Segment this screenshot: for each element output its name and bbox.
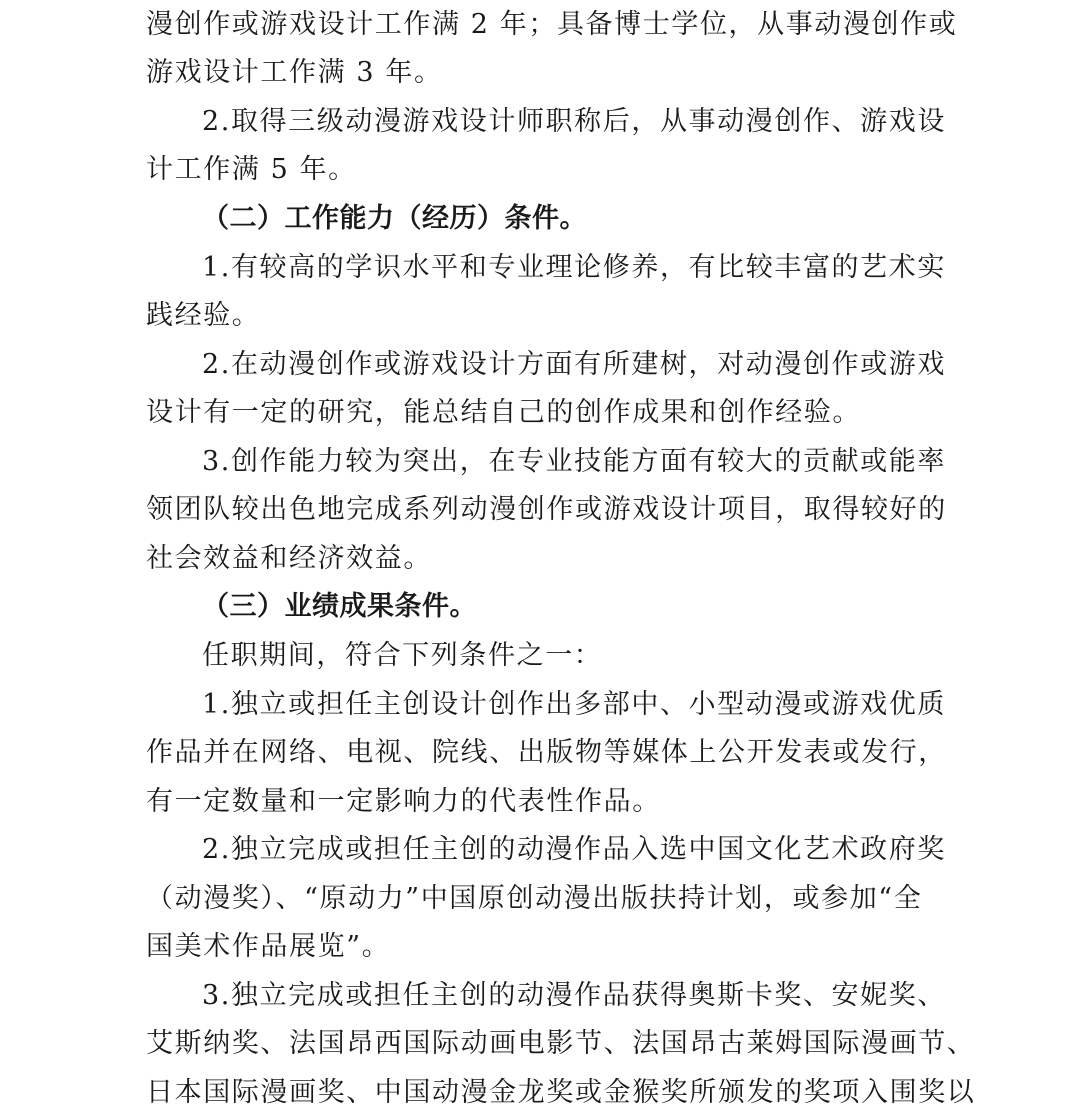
text-line: 设计有一定的研究，能总结自己的创作成果和创作经验。	[146, 389, 861, 437]
text-line: 计工作满 5 年。	[146, 146, 357, 194]
text-line: 领团队较出色地完成系列动漫创作或游戏设计项目，取得较好的	[146, 486, 947, 534]
list-item: 1.独立或担任主创设计创作出多部中、小型动漫或游戏优质	[146, 681, 946, 729]
list-item: 2.取得三级动漫游戏设计师职称后，从事动漫创作、游戏设	[146, 98, 946, 146]
paragraph-intro: 任职期间，符合下列条件之一：	[146, 632, 602, 680]
section-heading: （三）业绩成果条件。	[146, 583, 477, 631]
section-heading: （二）工作能力（经历）条件。	[146, 195, 587, 243]
text-line: 游戏设计工作满 3 年。	[146, 49, 443, 97]
text-line: 艾斯纳奖、法国昂西国际动画电影节、法国昂古莱姆国际漫画节、	[146, 1020, 975, 1068]
list-item: 3.创作能力较为突出，在专业技能方面有较大的贡献或能率	[146, 438, 946, 486]
text-line: 践经验。	[146, 292, 260, 340]
text-line: 国美术作品展览”。	[146, 923, 390, 971]
list-item: 2.在动漫创作或游戏设计方面有所建树，对动漫创作或游戏	[146, 341, 946, 389]
text-line: 作品并在网络、电视、院线、出版物等媒体上公开发表或发行，	[146, 729, 947, 777]
list-item: 1.有较高的学识水平和专业理论修养，有比较丰富的艺术实	[146, 244, 946, 292]
text-line: 漫创作或游戏设计工作满 2 年；具备博士学位，从事动漫创作或	[146, 1, 957, 49]
list-item: 3.独立完成或担任主创的动漫作品获得奥斯卡奖、安妮奖、	[146, 972, 946, 1020]
text-line: 社会效益和经济效益。	[146, 535, 432, 583]
list-item: 2.独立完成或担任主创的动漫作品入选中国文化艺术政府奖	[146, 826, 946, 874]
text-line: 日本国际漫画奖、中国动漫金龙奖或金猴奖所颁发的奖项入围奖以	[146, 1069, 975, 1111]
text-line: （动漫奖）、“原动力”中国原创动漫出版扶持计划，或参加“全	[146, 875, 922, 923]
text-line: 有一定数量和一定影响力的代表性作品。	[146, 778, 661, 826]
